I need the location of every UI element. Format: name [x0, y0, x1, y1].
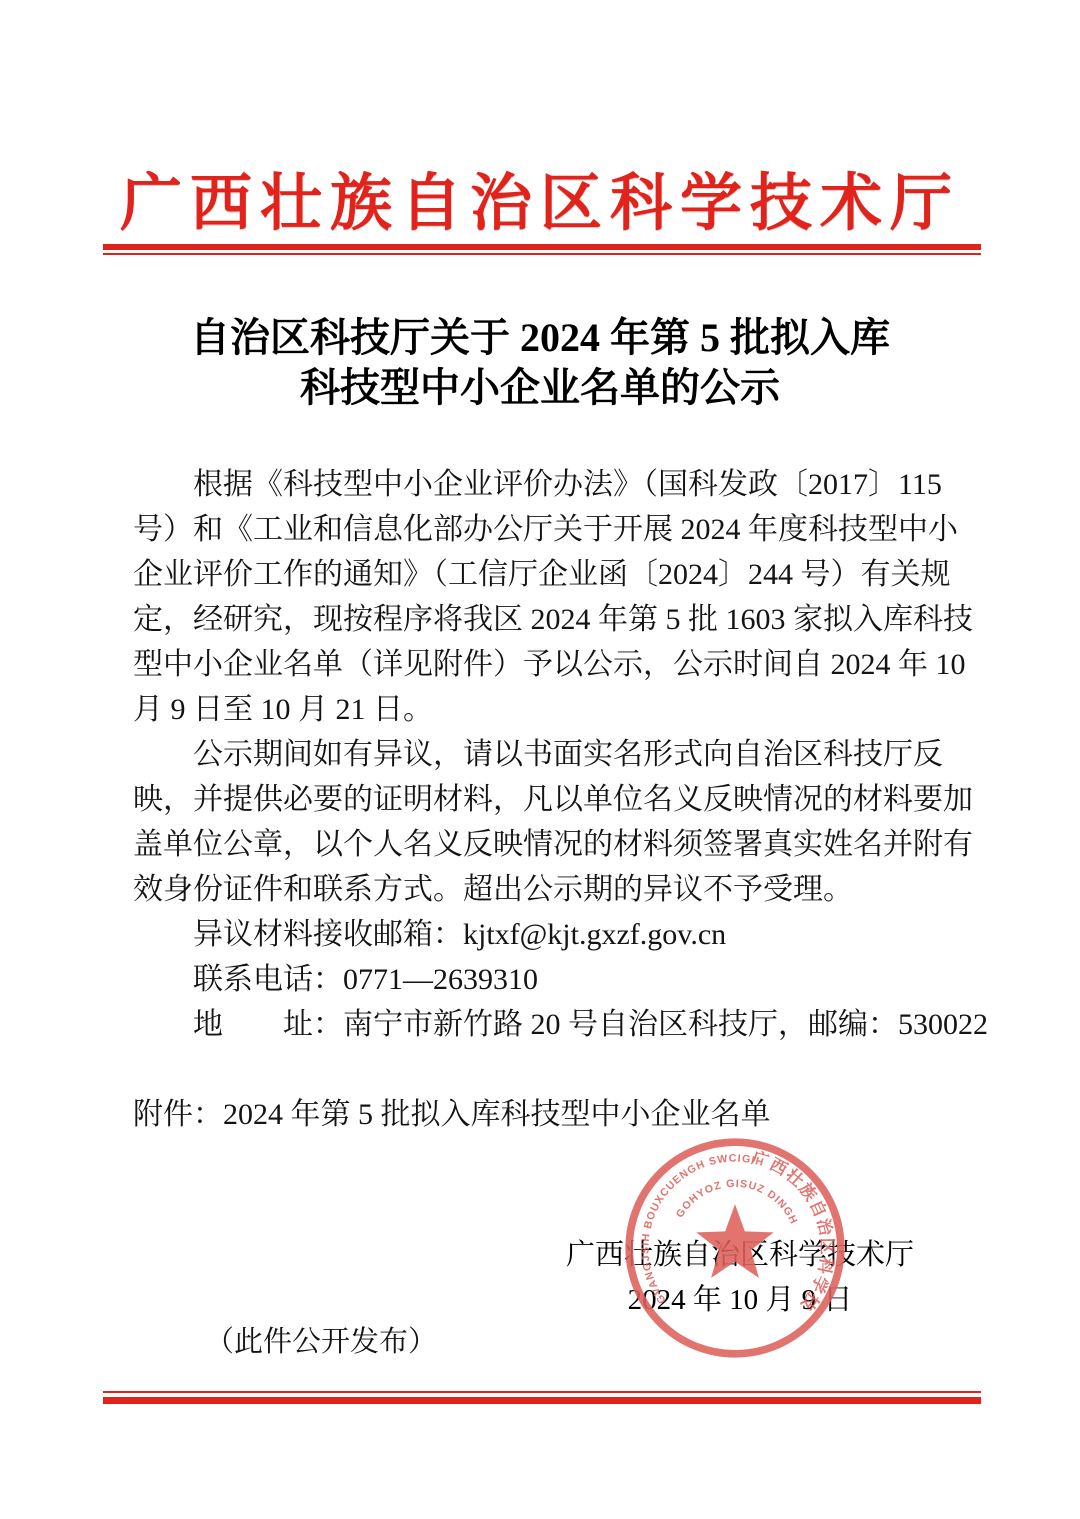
- body-line: 盖单位公章，以个人名义反映情况的材料须签署真实姓名并附有: [133, 822, 963, 867]
- body-line: 企业评价工作的通知》（工信厅企业函〔2024〕244 号）有关规: [133, 552, 963, 597]
- footer-rule-thin: [103, 1391, 981, 1393]
- body-line: 映，并提供必要的证明材料，凡以单位名义反映情况的材料要加: [133, 777, 963, 822]
- contact-phone-line: 联系电话：0771—2639310: [133, 957, 963, 1002]
- body-line: 效身份证件和联系方式。超出公示期的异议不予受理。: [133, 867, 963, 912]
- body-line: 月 9 日至 10 月 21 日。: [133, 687, 963, 732]
- agency-masthead: 广西壮族自治区科学技术厅: [0, 168, 1080, 240]
- blank-line: [133, 1047, 963, 1092]
- phone-value: 0771—2639310: [343, 963, 538, 996]
- header-rule-thin: [103, 253, 981, 255]
- body-text: 根据《科技型中小企业评价办法》（国科发政〔2017〕115 号）和《工业和信息化…: [133, 462, 963, 1137]
- address-label: 地 址：: [193, 1008, 343, 1041]
- body-line: 公示期间如有异议，请以书面实名形式向自治区科技厅反: [133, 732, 963, 777]
- header-rule-thick: [103, 244, 981, 250]
- signature-agency: 广西壮族自治区科学技术厅: [545, 1233, 935, 1278]
- email-value: kjtxf@kjt.gxzf.gov.cn: [463, 918, 726, 951]
- body-line: 型中小企业名单（详见附件）予以公示，公示时间自 2024 年 10: [133, 642, 963, 687]
- doc-title-line-2: 科技型中小企业名单的公示: [0, 363, 1080, 413]
- email-label: 异议材料接收邮箱：: [193, 918, 463, 951]
- signature-date: 2024 年 10 月 9 日: [545, 1278, 935, 1323]
- body-line: 定，经研究，现按程序将我区 2024 年第 5 批 1603 家拟入库科技: [133, 597, 963, 642]
- body-line: 根据《科技型中小企业评价办法》（国科发政〔2017〕115: [133, 462, 963, 507]
- publish-note: （此件公开发布）: [205, 1320, 437, 1365]
- footer-rule-thick: [103, 1397, 981, 1404]
- phone-label: 联系电话：: [193, 963, 343, 996]
- attachment-label: 附件：: [133, 1098, 223, 1131]
- attachment-line: 附件：2024 年第 5 批拟入库科技型中小企业名单: [133, 1092, 963, 1137]
- svg-text:GOHYOZ GISUZ DINGH: GOHYOZ GISUZ DINGH: [674, 1178, 800, 1227]
- doc-title: 自治区科技厅关于 2024 年第 5 批拟入库 科技型中小企业名单的公示: [0, 313, 1080, 413]
- document-page: 广西壮族自治区科学技术厅 自治区科技厅关于 2024 年第 5 批拟入库 科技型…: [0, 0, 1080, 1519]
- attachment-value: 2024 年第 5 批拟入库科技型中小企业名单: [223, 1098, 771, 1131]
- body-line: 号）和《工业和信息化部办公厅关于开展 2024 年度科技型中小: [133, 507, 963, 552]
- doc-title-line-1: 自治区科技厅关于 2024 年第 5 批拟入库: [0, 313, 1080, 363]
- contact-email-line: 异议材料接收邮箱：kjtxf@kjt.gxzf.gov.cn: [133, 912, 963, 957]
- seal-inner-latin-text: GOHYOZ GISUZ DINGH: [674, 1178, 800, 1227]
- address-value: 南宁市新竹路 20 号自治区科技厅，邮编：530022: [343, 1008, 988, 1041]
- contact-address-line: 地 址：南宁市新竹路 20 号自治区科技厅，邮编：530022: [133, 1002, 963, 1047]
- signature-block: 广西壮族自治区科学技术厅 2024 年 10 月 9 日: [545, 1233, 935, 1323]
